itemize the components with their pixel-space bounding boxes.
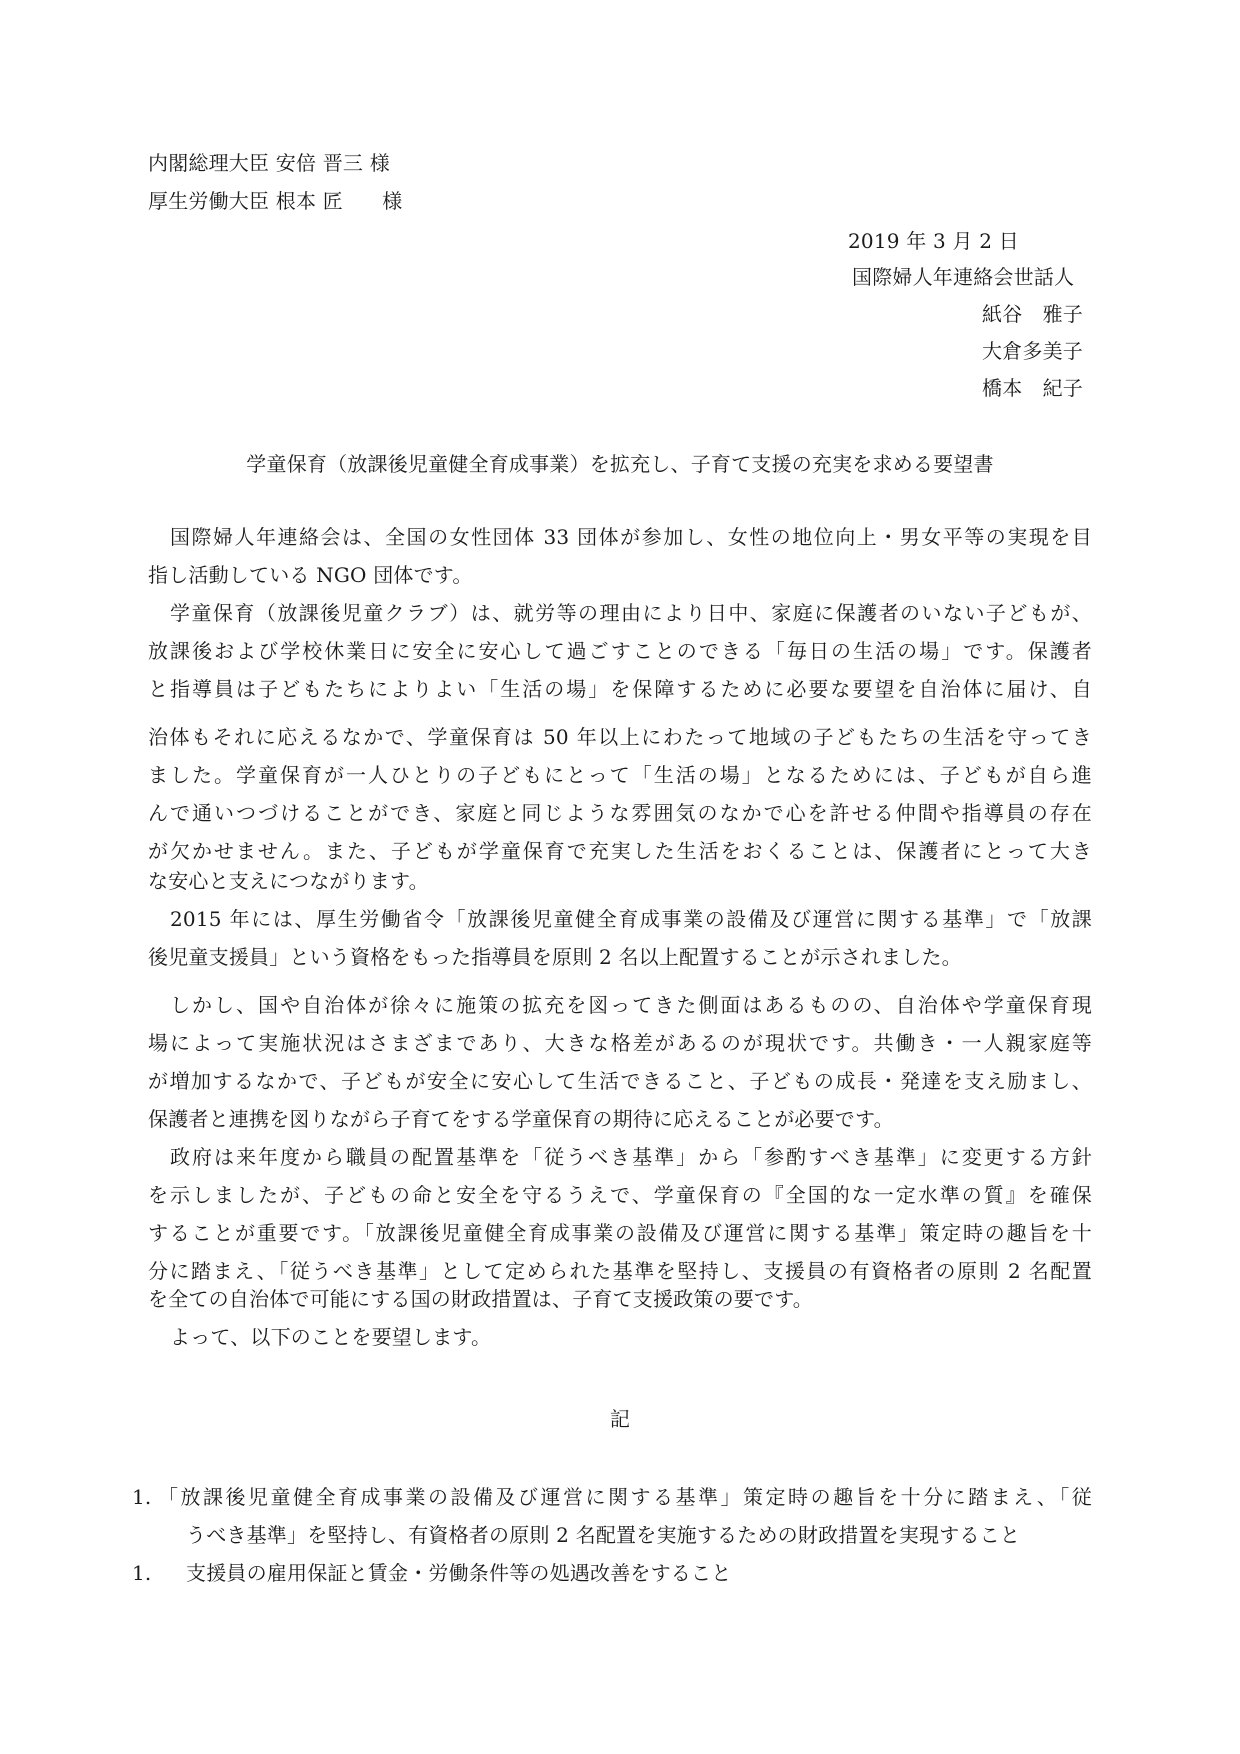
body-line: 学童保育（放課後児童クラブ）は、就労等の理由により日中、家庭に保護者のいない子ど… [148,600,1092,626]
body-line: 国際婦人年連絡会は、全国の女性団体 33 団体が参加し、女性の地位向上・男女平等… [148,524,1092,550]
document-page: 内閣総理大臣 安倍 晋三 様 厚生労働大臣 根本 匠 様 2019 年 3 月 … [0,0,1240,1754]
addressee-name: 根本 匠 [276,189,343,213]
sender-name: 橋本 紀子 [982,375,1083,401]
body-line: が欠かせません。また、子どもが学童保育で充実した生活をおくることは、保護者にとっ… [148,838,1092,864]
body-line: 指し活動している NGO 団体です。 [148,562,1092,588]
request-line: 「放課後児童健全育成事業の設備及び運営に関する基準」策定時の趣旨を十分に踏まえ、… [158,1484,1092,1510]
body-line: 後児童支援員」という資格をもった指導員を原則 2 名以上配置することが示されまし… [148,944,1092,970]
body-line: んで通いつづけることができ、家庭と同じような雰囲気のなかで心を許せる仲間や指導員… [148,800,1092,826]
body-line: 分に踏まえ、「従うべき基準」として定められた基準を堅持し、支援員の有資格者の原則… [148,1258,1092,1284]
date: 2019 年 3 月 2 日 [848,228,1019,254]
request-number: 1. [132,1560,151,1586]
body-line: しかし、国や自治体が徐々に施策の拡充を図ってきた側面はあるものの、自治体や学童保… [148,992,1092,1018]
body-line: 政府は来年度から職員の配置基準を「従うべき基準」から「参酌すべき基準」に変更する… [148,1144,1092,1170]
body-line: ました。学童保育が一人ひとりの子どもにとって「生活の場」となるためには、子どもが… [148,762,1092,788]
document-title: 学童保育（放課後児童健全育成事業）を拡充し、子育て支援の充実を求める要望書 [0,451,1240,477]
body-line: 保護者と連携を図りながら子育てをする学童保育の期待に応えることが必要です。 [148,1106,1092,1132]
body-line: が増加するなかで、子どもが安全に安心して生活できること、子どもの成長・発達を支え… [148,1068,1092,1094]
body-line: と指導員は子どもたちによりよい「生活の場」を保障するために必要な要望を自治体に届… [148,676,1092,702]
addressee-honorific: 様 [370,151,390,175]
request-line: 支援員の雇用保証と賃金・労働条件等の処遇改善をすること [186,1560,731,1586]
body-line: よって、以下のことを要望します。 [148,1324,1092,1350]
body-line: を示しましたが、子どもの命と安全を守るうえで、学童保育の『全国的な一定水準の質』… [148,1182,1092,1208]
addressee-honorific: 様 [382,189,402,213]
addressee-name: 安倍 晋三 [276,151,363,175]
ki-heading: 記 [0,1406,1240,1432]
request-number: 1. [132,1484,151,1510]
body-line: 放課後および学校休業日に安全に安心して過ごすことのできる「毎日の生活の場」です。… [148,638,1092,664]
addressee-prime-minister: 内閣総理大臣 安倍 晋三 様 [148,150,390,176]
body-line: な安心と支えにつながります。 [148,868,1092,894]
request-line: うべき基準」を堅持し、有資格者の原則 2 名配置を実施するための財政措置を実現す… [186,1522,1092,1548]
body-line: することが重要です。「放課後児童健全育成事業の設備及び運営に関する基準」策定時の… [148,1220,1092,1246]
sender-name: 紙谷 雅子 [982,301,1083,327]
body-line: 治体もそれに応えるなかで、学童保育は 50 年以上にわたって地域の子どもたちの生… [148,724,1092,750]
body-line: 2015 年には、厚生労働省令「放課後児童健全育成事業の設備及び運営に関する基準… [148,906,1092,932]
addressee-title: 内閣総理大臣 [148,151,269,175]
addressee-labor-minister: 厚生労働大臣 根本 匠 様 [148,188,403,214]
addressee-title: 厚生労働大臣 [148,189,269,213]
body-line: を全ての自治体で可能にする国の財政措置は、子育て支援政策の要です。 [148,1286,1092,1312]
sender-organization: 国際婦人年連絡会世話人 [852,264,1074,290]
body-line: 場によって実施状況はさまざまであり、大きな格差があるのが現状です。共働き・一人親… [148,1030,1092,1056]
sender-name: 大倉多美子 [982,338,1083,364]
